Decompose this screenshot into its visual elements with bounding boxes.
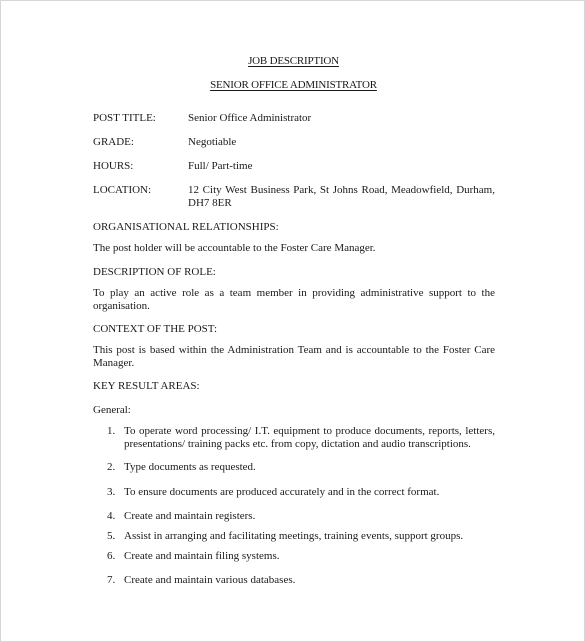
section-heading-organisational-relationships: ORGANISATIONAL RELATIONSHIPS: xyxy=(93,221,279,234)
field-value: 12 City West Business Park, St Johns Roa… xyxy=(188,184,495,210)
section-body-organisational-relationships: The post holder will be accountable to t… xyxy=(93,242,495,255)
list-number: 4. xyxy=(107,510,115,523)
field-label: HOURS: xyxy=(93,160,133,173)
general-heading: General: xyxy=(93,404,131,417)
section-body-context-of-post: This post is based within the Administra… xyxy=(93,344,495,370)
list-text: Assist in arranging and facilitating mee… xyxy=(124,530,495,543)
list-number: 1. xyxy=(107,425,115,438)
list-number: 3. xyxy=(107,486,115,499)
list-text: Create and maintain various databases. xyxy=(124,574,495,587)
section-heading-description-of-role: DESCRIPTION OF ROLE: xyxy=(93,266,216,279)
list-number: 2. xyxy=(107,461,115,474)
list-text: To ensure documents are produced accurat… xyxy=(124,486,495,499)
field-value: Negotiable xyxy=(188,136,495,149)
section-heading-key-result-areas: KEY RESULT AREAS: xyxy=(93,380,200,393)
document-title: JOB DESCRIPTION xyxy=(1,55,585,68)
field-label: LOCATION: xyxy=(93,184,151,197)
field-value: Full/ Part-time xyxy=(188,160,495,173)
list-number: 7. xyxy=(107,574,115,587)
list-text: Type documents as requested. xyxy=(124,461,495,474)
list-number: 5. xyxy=(107,530,115,543)
field-label: GRADE: xyxy=(93,136,134,149)
list-text: To operate word processing/ I.T. equipme… xyxy=(124,425,495,451)
list-text: Create and maintain filing systems. xyxy=(124,550,495,563)
list-text: Create and maintain registers. xyxy=(124,510,495,523)
section-body-description-of-role: To play an active role as a team member … xyxy=(93,287,495,313)
field-label: POST TITLE: xyxy=(93,112,156,125)
list-number: 6. xyxy=(107,550,115,563)
field-value: Senior Office Administrator xyxy=(188,112,495,125)
document-page: JOB DESCRIPTION SENIOR OFFICE ADMINISTRA… xyxy=(0,0,585,642)
section-heading-context-of-post: CONTEXT OF THE POST: xyxy=(93,323,217,336)
document-subtitle: SENIOR OFFICE ADMINISTRATOR xyxy=(1,79,585,92)
